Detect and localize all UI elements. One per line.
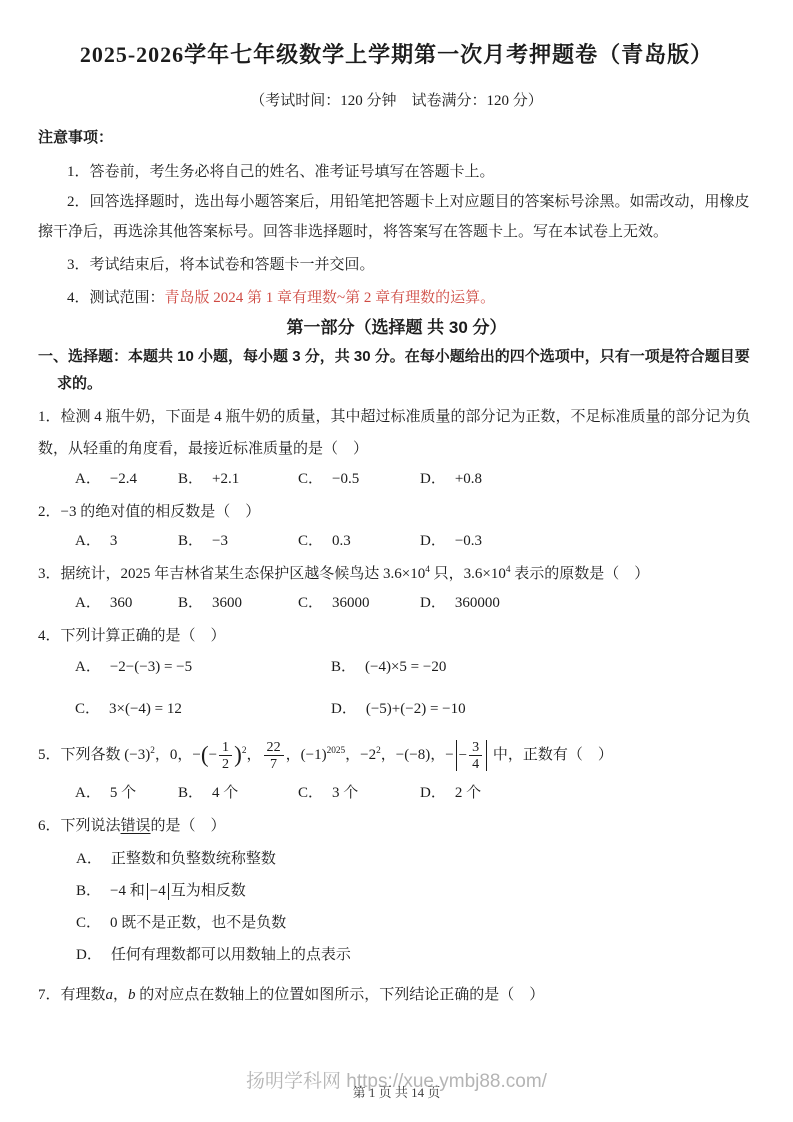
note-item-1: 1．答卷前，考生务必将自己的姓名、准考证号填写在答题卡上。 bbox=[38, 157, 755, 187]
page-title: 2025-2026学年七年级数学上学期第一次月考押题卷（青岛版） bbox=[38, 40, 755, 69]
section-header: 第一部分（选择题 共 30 分） bbox=[38, 317, 755, 339]
notes-heading: 注意事项： bbox=[38, 129, 755, 147]
section-intro: 一、选择题：本题共 10 小题，每小题 3 分，共 30 分。在每小题给出的四个… bbox=[38, 343, 755, 397]
question-1-options: A．−2.4 B．+2.1 C．−0.5 D．+0.8 bbox=[38, 465, 755, 493]
q6-option-d: D．任何有理数都可以用数轴上的点表示 bbox=[38, 939, 755, 971]
question-5-stem: 5．下列各数 (−3)2，0，−(−12)2，227，(−1)2025，−22，… bbox=[38, 731, 755, 779]
q2-option-c: C．0.3 bbox=[298, 527, 420, 555]
q6-option-c: C．0 既不是正数，也不是负数 bbox=[38, 907, 755, 939]
page-number: 第 1 页 共 14 页 bbox=[0, 1082, 793, 1101]
q6-option-b: B．−4 和−4互为相反数 bbox=[38, 875, 755, 907]
question-5-options: A．5 个 B．4 个 C．3 个 D．2 个 bbox=[38, 779, 755, 807]
note-item-2: 2．回答选择题时，选出每小题答案后，用铅笔把答题卡上对应题目的答案标号涂黑。如需… bbox=[38, 187, 755, 247]
q3-option-d: D．360000 bbox=[420, 589, 500, 617]
question-3-options: A．360 B．3600 C．36000 D．360000 bbox=[38, 589, 755, 617]
q5-option-a: A．5 个 bbox=[75, 779, 178, 807]
q2-option-b: B．−3 bbox=[178, 527, 298, 555]
note-4-test-scope: 青岛版 2024 第 1 章有理数~第 2 章有理数的运算。 bbox=[165, 290, 496, 306]
question-6-stem: 6．下列说法错误的是（ ） bbox=[38, 811, 755, 841]
exam-paper-page: 2025-2026学年七年级数学上学期第一次月考押题卷（青岛版） （考试时间：1… bbox=[0, 0, 793, 1122]
q4-option-a: A．−2−(−3) = −5 bbox=[75, 653, 331, 681]
question-2-options: A．3 B．−3 C．0.3 D．−0.3 bbox=[38, 527, 755, 555]
note-item-3: 3．考试结束后，将本试卷和答题卡一并交回。 bbox=[38, 250, 755, 280]
q5-option-b: B．4 个 bbox=[178, 779, 298, 807]
question-3-stem: 3．据统计，2025 年吉林省某生态保护区越冬候鸟达 3.6×104 只，3.6… bbox=[38, 559, 755, 589]
q4-option-b: B．(−4)×5 = −20 bbox=[331, 653, 446, 681]
q3-option-a: A．360 bbox=[75, 589, 178, 617]
question-4-stem: 4．下列计算正确的是（ ） bbox=[38, 621, 755, 651]
q4-option-c: C．3×(−4) = 12 bbox=[75, 695, 331, 723]
note-item-4: 4．测试范围：青岛版 2024 第 1 章有理数~第 2 章有理数的运算。 bbox=[38, 283, 755, 313]
q2-option-a: A．3 bbox=[75, 527, 178, 555]
page-content: 2025-2026学年七年级数学上学期第一次月考押题卷（青岛版） （考试时间：1… bbox=[0, 0, 793, 1011]
question-4-options-row-2: C．3×(−4) = 12 D．(−5)+(−2) = −10 bbox=[38, 695, 755, 723]
q5-option-d: D．2 个 bbox=[420, 779, 481, 807]
q1-option-b: B．+2.1 bbox=[178, 465, 298, 493]
q5-option-c: C．3 个 bbox=[298, 779, 420, 807]
q6-option-a: A．正整数和负整数统称整数 bbox=[38, 843, 755, 875]
q3-option-c: C．36000 bbox=[298, 589, 420, 617]
exam-time-score-subtitle: （考试时间：120 分钟 试卷满分：120 分） bbox=[38, 91, 755, 111]
q1-option-a: A．−2.4 bbox=[75, 465, 178, 493]
q3-option-b: B．3600 bbox=[178, 589, 298, 617]
q1-option-c: C．−0.5 bbox=[298, 465, 420, 493]
note-4-prefix: 4．测试范围： bbox=[67, 290, 165, 306]
question-4-options-row-1: A．−2−(−3) = −5 B．(−4)×5 = −20 bbox=[38, 653, 755, 681]
question-7-stem: 7．有理数a，b 的对应点在数轴上的位置如图所示，下列结论正确的是（ ） bbox=[38, 979, 755, 1011]
q1-option-d: D．+0.8 bbox=[420, 465, 482, 493]
q2-option-d: D．−0.3 bbox=[420, 527, 482, 555]
question-2-stem: 2．−3 的绝对值的相反数是（ ） bbox=[38, 497, 755, 527]
q4-option-d: D．(−5)+(−2) = −10 bbox=[331, 695, 466, 723]
question-1-stem: 1．检测 4 瓶牛奶，下面是 4 瓶牛奶的质量，其中超过标准质量的部分记为正数，… bbox=[38, 401, 755, 465]
